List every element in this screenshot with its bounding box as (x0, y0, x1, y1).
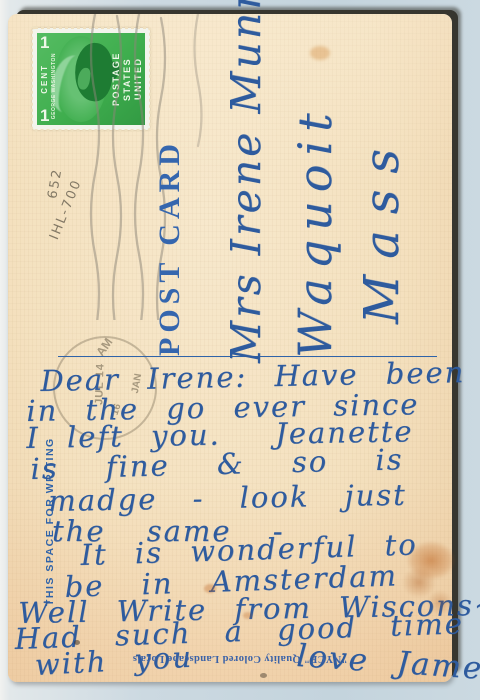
stamp-portrait-name: GEORGE WASHINGTON (51, 53, 57, 119)
message-line: madge - look just (48, 478, 407, 518)
stamp-unit-label: CENT (40, 64, 49, 94)
address-state: Mass (354, 132, 410, 324)
stamp-denomination: 1 CENT 1 (40, 35, 49, 123)
cancellation-wavy-lines (72, 14, 224, 320)
stamp-value-top: 1 (40, 35, 49, 50)
divider-left-arrow-icon (55, 352, 63, 360)
post-card-title: POST CARD (153, 152, 187, 356)
postcard-photo: 1 CENT 1 GEORGE WASHINGTON POSTAGE STATE… (0, 0, 480, 700)
address-recipient: Mrs Irene Munro (222, 18, 270, 363)
address-town: Waquoit (288, 108, 342, 358)
stamp-value-bottom: 1 (40, 108, 49, 123)
publisher-imprint: "NYCE" Quality Colored Landscape Locals (120, 653, 360, 664)
